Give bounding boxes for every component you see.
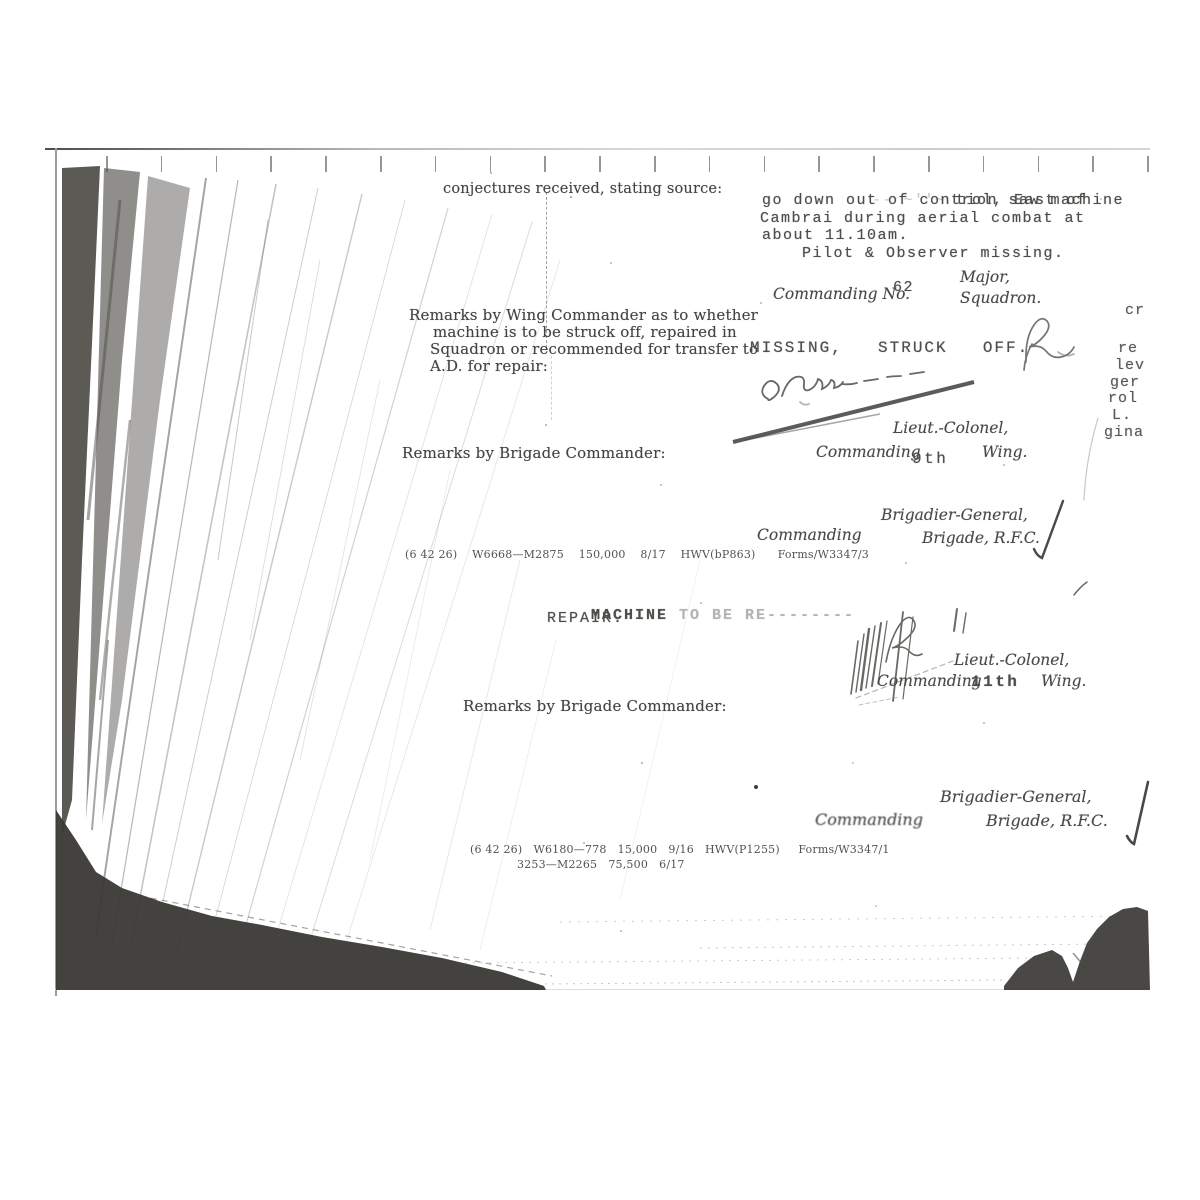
edge-fragment: re	[1118, 340, 1138, 357]
print-footer-2a: (6 42 26) W6180—778 15,000 9/16 HWV(P125…	[470, 843, 890, 856]
brigade-remarks-label-2: Remarks by Brigade Commander:	[463, 697, 727, 715]
scanned-document-page: conjectures received, stating source: --…	[0, 0, 1200, 1200]
edge-fragment: gina	[1104, 424, 1144, 441]
wing-remarks-line-2: machine is to be struck off, repaired in	[433, 323, 737, 341]
stray-ink-line-2	[551, 356, 552, 420]
print-footer-2b: 3253—M2265 75,500 6/17	[517, 858, 685, 871]
wing-number-9th: 9th	[912, 450, 948, 468]
checkmark-brigade-2	[1127, 782, 1148, 844]
commanding-no-label: Commanding No.	[773, 285, 910, 303]
rank-lieut-colonel-9th: Lieut.-Colonel,	[893, 419, 1008, 437]
source-note-label: conjectures received, stating source:	[443, 181, 722, 197]
unit-brigade-rfc-2: Brigade, R.F.C.	[986, 811, 1108, 830]
report-line-1: go down out of control, East of	[762, 192, 1088, 209]
commanding-label-brigade-2: Commanding	[815, 810, 923, 829]
wing-remarks-line-4: A.D. for repair:	[430, 357, 548, 375]
edge-fragment: ger	[1110, 374, 1140, 391]
edge-fragment: lev	[1115, 357, 1145, 374]
wing-number-11th: 11th	[971, 673, 1019, 691]
tear-blob-right	[1004, 907, 1150, 990]
scan-specks	[0, 0, 2, 2]
wing-remarks-line-1: Remarks by Wing Commander as to whether	[409, 306, 758, 324]
brigade-remarks-label-1: Remarks by Brigade Commander:	[402, 444, 666, 462]
unit-brigade-rfc-1: Brigade, R.F.C.	[922, 529, 1040, 547]
print-footer-1: (6 42 26) W6668—M2875 150,000 8/17 HWV(b…	[405, 548, 869, 561]
report-line-2: Cambrai during aerial combat at	[760, 210, 1086, 227]
edge-fragment: cr	[1125, 302, 1145, 319]
commanding-label-11th: Commanding	[877, 672, 982, 690]
ink-dot	[754, 785, 758, 789]
unit-squadron: Squadron.	[960, 289, 1041, 307]
wing-decision: MISSING, STRUCK OFF.	[750, 339, 1029, 357]
rank-brigadier-general-2: Brigadier-General,	[940, 787, 1092, 806]
handwritten-flourish	[1024, 319, 1098, 500]
wing-label-11th: Wing.	[1041, 672, 1086, 690]
rank-major: Major,	[960, 268, 1010, 286]
edge-fragment: rol	[1108, 390, 1138, 407]
wing-label-9th: Wing.	[982, 443, 1027, 461]
second-decision-faded: TO BE RE--------	[668, 607, 855, 624]
rank-brigadier-general-1: Brigadier-General,	[881, 506, 1028, 524]
report-line-3: about 11.10am.	[762, 227, 909, 244]
wing-remarks-line-3: Squadron or recommended for transfer to	[430, 340, 758, 358]
commanding-label-brigade-1: Commanding	[757, 526, 862, 544]
second-decision-line-2: REPAIR.	[547, 610, 624, 627]
report-line-4: Pilot & Observer missing.	[802, 245, 1065, 262]
squadron-number: 62	[893, 279, 914, 296]
rank-lieut-colonel-11th: Lieut.-Colonel,	[954, 651, 1069, 669]
edge-fragment: L.	[1112, 407, 1132, 424]
commanding-label-9th: Commanding	[816, 443, 921, 461]
